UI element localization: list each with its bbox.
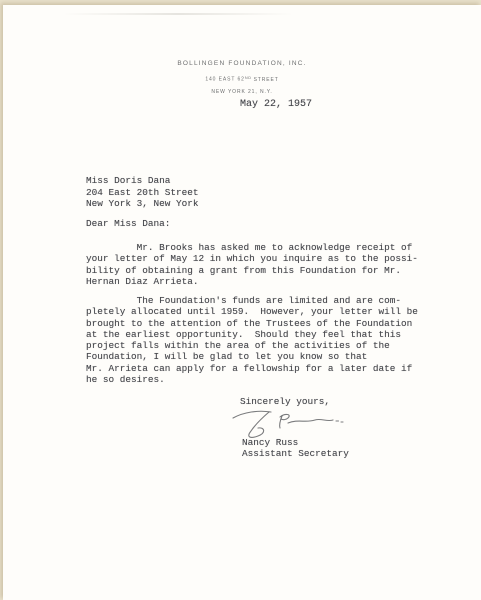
letter-scan: BOLLINGEN FOUNDATION, INC. 140 EAST 62ND…	[0, 0, 481, 600]
letter-date: May 22, 1957	[240, 99, 312, 110]
letterhead-street-number: 140 EAST 62	[205, 77, 245, 83]
salutation: Dear Miss Dana:	[86, 218, 170, 229]
letterhead-street: 140 EAST 62NDSTREET	[3, 76, 481, 83]
paper-crease	[63, 13, 293, 15]
recipient-address: Miss Doris Dana 204 East 20th Street New…	[86, 175, 199, 210]
letterhead-org-name: BOLLINGEN FOUNDATION, INC.	[3, 60, 481, 67]
letterhead-street-word: STREET	[254, 77, 279, 83]
letterhead-street-ordinal: ND	[245, 76, 252, 80]
valediction: Sincerely yours,	[240, 396, 330, 407]
letterhead-city: NEW YORK 21, N.Y.	[3, 89, 481, 95]
signer-name: Nancy Russ	[242, 437, 298, 448]
letter-paper: BOLLINGEN FOUNDATION, INC. 140 EAST 62ND…	[3, 5, 481, 600]
signer-title: Assistant Secretary	[242, 448, 349, 459]
body-paragraph-2: The Foundation's funds are limited and a…	[86, 295, 418, 385]
handwritten-signature-icon	[230, 407, 348, 440]
body-paragraph-1: Mr. Brooks has asked me to acknowledge r…	[86, 242, 418, 287]
